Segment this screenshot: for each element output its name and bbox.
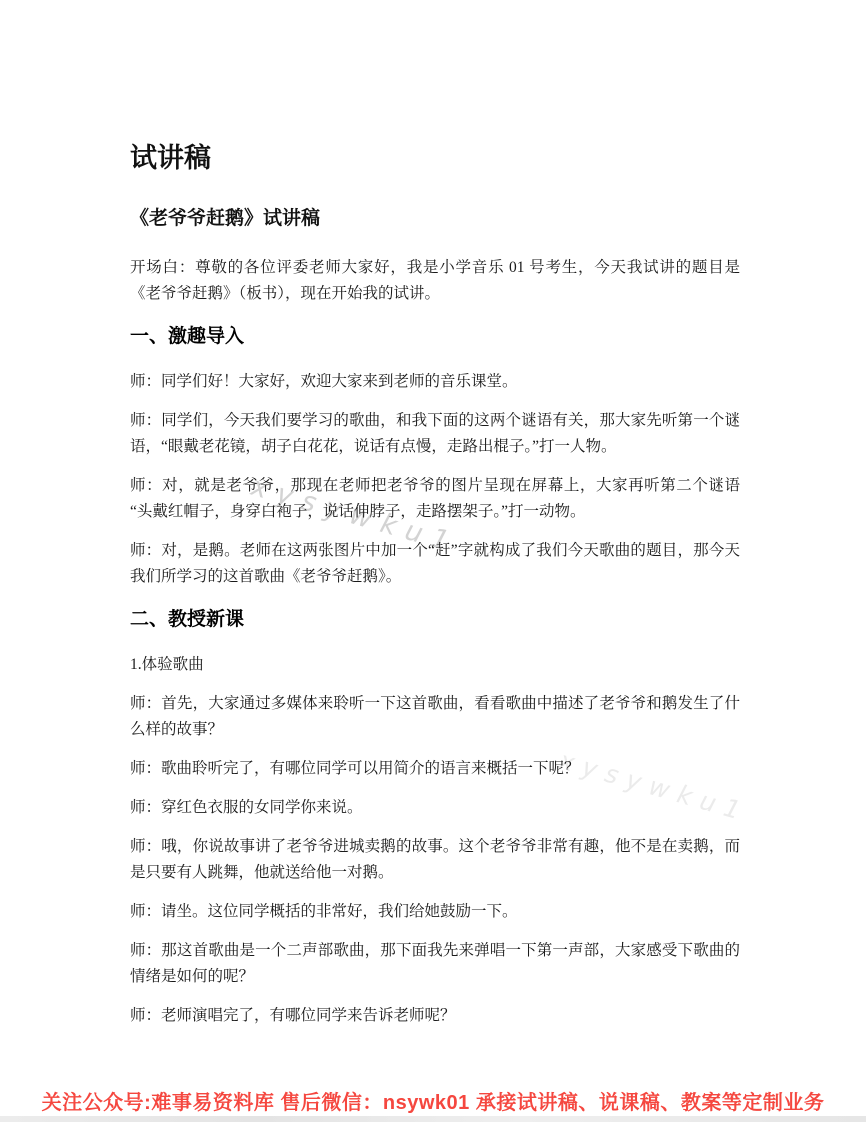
opening-paragraph: 开场白：尊敬的各位评委老师大家好，我是小学音乐 01 号考生，今天我试讲的题目是… [130, 255, 740, 307]
sub-heading: 1.体验歌曲 [130, 652, 740, 678]
page-bottom-edge [0, 1116, 866, 1122]
teacher-line: 师：穿红色衣服的女同学你来说。 [130, 795, 740, 821]
teacher-line: 师：哦，你说故事讲了老爷爷进城卖鹅的故事。这个老爷爷非常有趣，他不是在卖鹅，而是… [130, 834, 740, 886]
teacher-line: 师：对，是鹅。老师在这两张图片中加一个“赶”字就构成了我们今天歌曲的题目，那今天… [130, 538, 740, 590]
document-content: 试讲稿 《老爷爷赶鹅》试讲稿 开场白：尊敬的各位评委老师大家好，我是小学音乐 0… [130, 141, 740, 1042]
promo-footer: 关注公众号:难事易资料库 售后微信：nsywk01 承接试讲稿、说课稿、教案等定… [0, 1085, 866, 1115]
document-page: xysywku1 xysywku1 试讲稿 《老爷爷赶鹅》试讲稿 开场白：尊敬的… [0, 0, 866, 1122]
section-heading-1: 一、激趣导入 [130, 324, 740, 350]
doc-title: 试讲稿 [130, 141, 740, 175]
promo-footer-text: 关注公众号:难事易资料库 售后微信：nsywk01 承接试讲稿、说课稿、教案等定… [42, 1086, 825, 1115]
teacher-line: 师：请坐。这位同学概括的非常好，我们给她鼓励一下。 [130, 899, 740, 925]
doc-subtitle: 《老爷爷赶鹅》试讲稿 [130, 207, 740, 231]
teacher-line: 师：首先，大家通过多媒体来聆听一下这首歌曲，看看歌曲中描述了老爷爷和鹅发生了什么… [130, 691, 740, 743]
section-heading-2: 二、教授新课 [130, 607, 740, 633]
teacher-line: 师：老师演唱完了，有哪位同学来告诉老师呢？ [130, 1003, 740, 1029]
teacher-line: 师：歌曲聆听完了，有哪位同学可以用简介的语言来概括一下呢？ [130, 756, 740, 782]
teacher-line: 师：同学们，今天我们要学习的歌曲，和我下面的这两个谜语有关，那大家先听第一个谜语… [130, 408, 740, 460]
teacher-line: 师：对，就是老爷爷，那现在老师把老爷爷的图片呈现在屏幕上，大家再听第二个谜语“头… [130, 473, 740, 525]
teacher-line: 师：那这首歌曲是一个二声部歌曲，那下面我先来弹唱一下第一声部，大家感受下歌曲的情… [130, 938, 740, 990]
teacher-line: 师：同学们好！大家好，欢迎大家来到老师的音乐课堂。 [130, 369, 740, 395]
